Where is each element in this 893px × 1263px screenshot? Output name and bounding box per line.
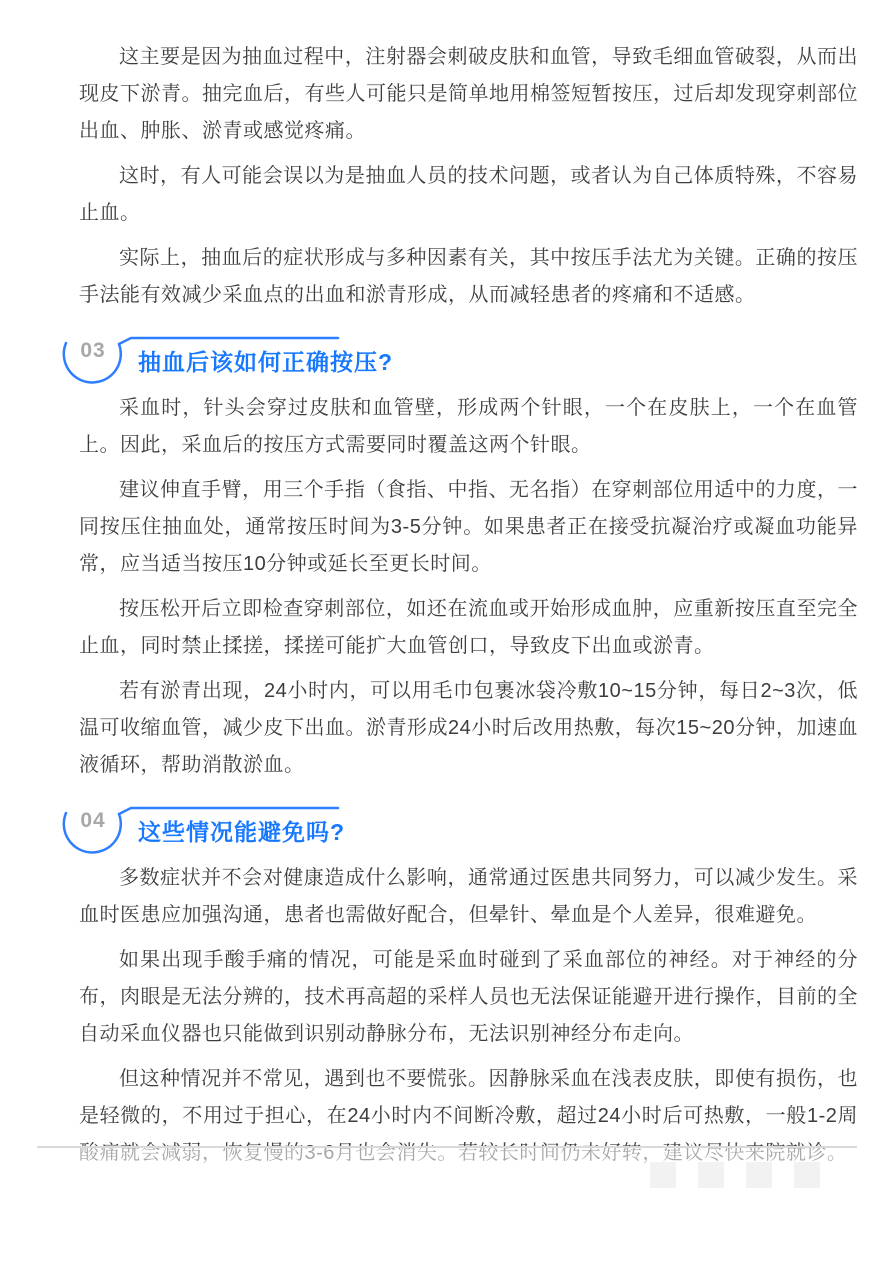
intro-paragraph-1: 这主要是因为抽血过程中，注射器会刺破皮肤和血管，导致毛细血管破裂，从而出现皮下淤… <box>79 39 858 150</box>
section-number: 04 <box>64 809 122 833</box>
section-03-paragraph-1: 采血时，针头会穿过皮肤和血管壁，形成两个针眼，一个在皮肤上，一个在血管上。因此，… <box>79 390 858 464</box>
watermark-square <box>746 1162 772 1188</box>
section-03-paragraph-4: 若有淤青出现，24小时内，可以用毛巾包裹冰袋冷敷10~15分钟，每日2~3次，低… <box>79 673 858 784</box>
page-break-divider <box>37 1146 857 1148</box>
section-title: 抽血后该如何正确按压? <box>138 344 393 377</box>
section-04-paragraph-2: 如果出现手酸手痛的情况，可能是采血时碰到了采血部位的神经。对于神经的分布，肉眼是… <box>79 942 858 1053</box>
intro-paragraph-2: 这时，有人可能会误以为是抽血人员的技术问题，或者认为自己体质特殊，不容易止血。 <box>79 158 858 232</box>
section-header-04: 04 这些情况能避免吗? <box>0 792 893 850</box>
section-03-paragraph-3: 按压松开后立即检查穿刺部位，如还在流血或开始形成血肿，应重新按压直至完全止血，同… <box>79 591 858 665</box>
document-page: 这主要是因为抽血过程中，注射器会刺破皮肤和血管，导致毛细血管破裂，从而出现皮下淤… <box>0 0 893 1263</box>
watermark-square <box>650 1162 676 1188</box>
section-title: 这些情况能避免吗? <box>138 814 345 847</box>
watermark-square <box>794 1162 820 1188</box>
section-header-03: 03 抽血后该如何正确按压? <box>0 322 893 380</box>
article-body: 这主要是因为抽血过程中，注射器会刺破皮肤和血管，导致毛细血管破裂，从而出现皮下淤… <box>0 0 893 1172</box>
faint-watermark <box>650 1162 820 1188</box>
section-03-paragraph-2: 建议伸直手臂，用三个手指（食指、中指、无名指）在穿刺部位用适中的力度，一同按压住… <box>79 472 858 583</box>
section-number: 03 <box>64 339 122 363</box>
intro-paragraph-3: 实际上，抽血后的症状形成与多种因素有关，其中按压手法尤为关键。正确的按压手法能有… <box>79 240 858 314</box>
watermark-square <box>698 1162 724 1188</box>
section-04-paragraph-1: 多数症状并不会对健康造成什么影响，通常通过医患共同努力，可以减少发生。采血时医患… <box>79 860 858 934</box>
